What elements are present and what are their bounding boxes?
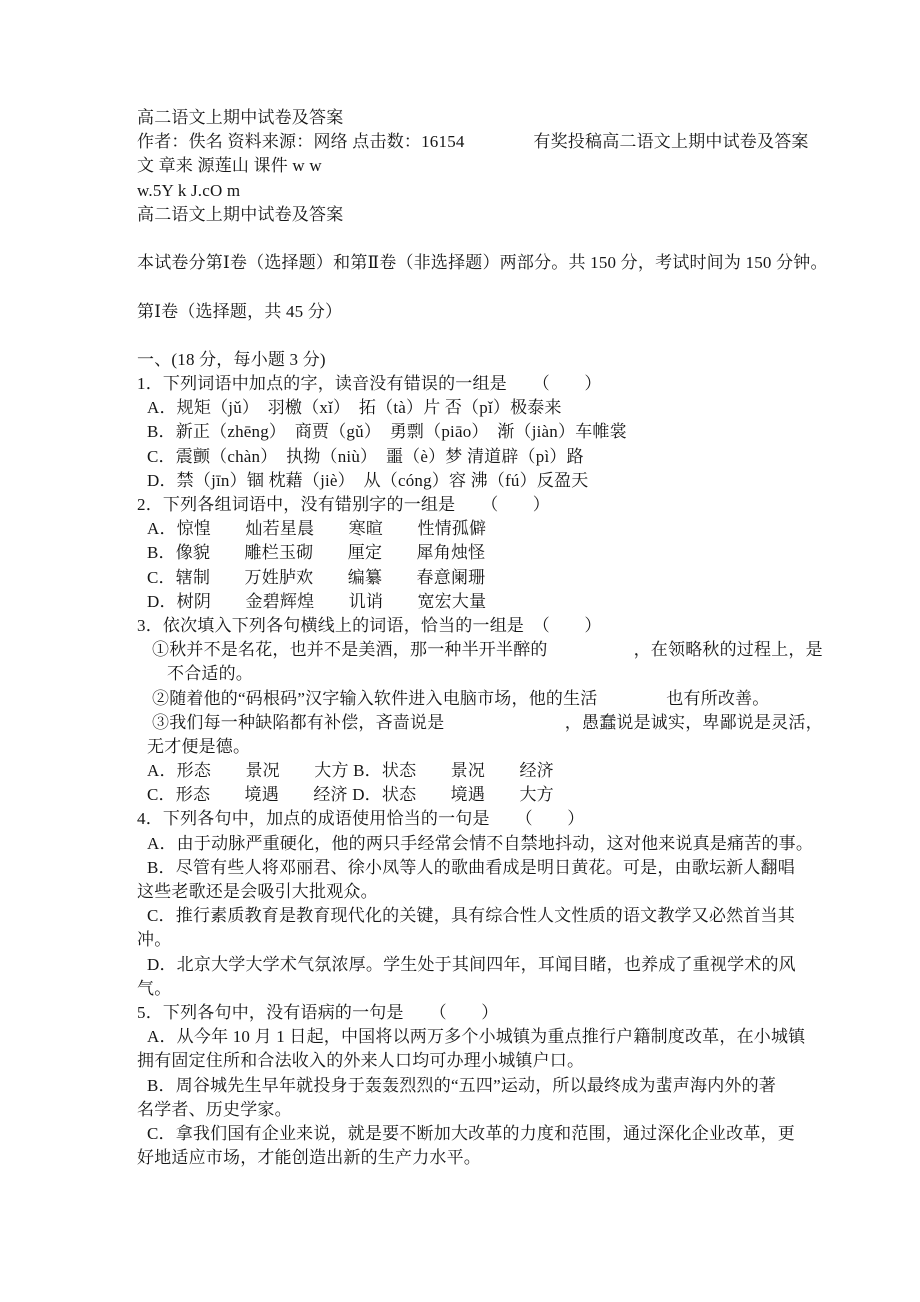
text-line: A．形态 景况 大方 B．状态 景况 经济 — [137, 759, 905, 783]
text-line: A．惊惶 灿若星晨 寒暄 性情孤僻 — [137, 517, 905, 541]
text-line: 这些老歌还是会吸引大批观众。 — [137, 880, 905, 904]
document-page: 高二语文上期中试卷及答案作者：佚名 资料来源：网络 点击数：16154 有奖投稿… — [0, 0, 920, 1302]
text-line: D．禁（jīn）锢 枕藉（jiè） 从（cóng）容 沸（fú）反盈天 — [137, 469, 905, 493]
text-line — [137, 227, 905, 251]
text-line: 2．下列各组词语中，没有错别字的一组是 （ ） — [137, 493, 905, 517]
text-line: 高二语文上期中试卷及答案 — [137, 106, 905, 130]
text-line: ①秋并不是名花，也并不是美酒，那一种半开半醉的 ，在领略秋的过程上，是 — [137, 638, 905, 662]
text-line: A．规矩（jǔ） 羽檄（xǐ） 拓（tà）片 否（pǐ）极泰来 — [137, 396, 905, 420]
text-line: 本试卷分第Ⅰ卷（选择题）和第Ⅱ卷（非选择题）两部分。共 150 分，考试时间为 … — [137, 251, 905, 275]
text-line: 第Ⅰ卷（选择题，共 45 分） — [137, 300, 905, 324]
text-line: 好地适应市场，才能创造出新的生产力水平。 — [137, 1146, 905, 1170]
text-line: 5．下列各句中，没有语病的一句是 （ ） — [137, 1001, 905, 1025]
text-line: B．新正（zhēng） 商贾（gǔ） 勇剽（piāo） 渐（jiàn）车帷裳 — [137, 420, 905, 444]
text-line: A．由于动脉严重硬化，他的两只手经常会情不自禁地抖动，这对他来说真是痛苦的事。 — [137, 832, 905, 856]
text-line: A．从今年 10 月 1 日起，中国将以两万多个小城镇为重点推行户籍制度改革，在… — [137, 1025, 905, 1049]
text-line: 不合适的。 — [137, 662, 905, 686]
text-line: 高二语文上期中试卷及答案 — [137, 203, 905, 227]
text-line: 作者：佚名 资料来源：网络 点击数：16154 有奖投稿高二语文上期中试卷及答案 — [137, 130, 905, 154]
text-line: 3．依次填入下列各句横线上的词语，恰当的一组是 （ ） — [137, 614, 905, 638]
text-line — [137, 324, 905, 348]
text-line: ②随着他的“码根码”汉字输入软件进入电脑市场，他的生活 也有所改善。 — [137, 687, 905, 711]
text-line: 一、(18 分，每小题 3 分) — [137, 348, 905, 372]
text-line: B．周谷城先生早年就投身于轰轰烈烈的“五四”运动，所以最终成为蜚声海内外的著 — [137, 1074, 905, 1098]
text-line: C．形态 境遇 经济 D．状态 境遇 大方 — [137, 783, 905, 807]
text-line: 1．下列词语中加点的字，读音没有错误的一组是 （ ） — [137, 372, 905, 396]
text-line: 无才便是德。 — [137, 735, 905, 759]
text-line: C．推行素质教育是教育现代化的关键，具有综合性人文性质的语文教学又必然首当其 — [137, 904, 905, 928]
text-line: C．震颤（chàn） 执拗（niù） 噩（è）梦 清道辟（pì）路 — [137, 445, 905, 469]
text-line: 名学者、历史学家。 — [137, 1098, 905, 1122]
text-line: D．北京大学大学术气氛浓厚。学生处于其间四年，耳闻目睹，也养成了重视学术的风 — [137, 953, 905, 977]
text-line: 4．下列各句中，加点的成语使用恰当的一句是 （ ） — [137, 807, 905, 831]
text-line: ③我们每一种缺陷都有补偿，吝啬说是 ，愚蠢说是诚实，卑鄙说是灵活， — [137, 711, 905, 735]
text-line: 冲。 — [137, 928, 905, 952]
text-line — [137, 275, 905, 299]
text-line: C．辖制 万姓胪欢 编纂 春意阑珊 — [137, 566, 905, 590]
text-line: 拥有固定住所和合法收入的外来人口均可办理小城镇户口。 — [137, 1049, 905, 1073]
text-line: D．树阴 金碧辉煌 讥诮 宽宏大量 — [137, 590, 905, 614]
text-line: 气。 — [137, 977, 905, 1001]
document-body: 高二语文上期中试卷及答案作者：佚名 资料来源：网络 点击数：16154 有奖投稿… — [137, 106, 905, 1170]
text-line: B．尽管有些人将邓丽君、徐小凤等人的歌曲看成是明日黄花。可是，由歌坛新人翻唱 — [137, 856, 905, 880]
text-line: 文 章来 源莲山 课件 w w — [137, 154, 905, 178]
text-line: C．拿我们国有企业来说，就是要不断加大改革的力度和范围，通过深化企业改革，更 — [137, 1122, 905, 1146]
text-line: w.5Y k J.cO m — [137, 179, 905, 203]
text-line: B．像貌 雕栏玉砌 厘定 犀角烛怪 — [137, 541, 905, 565]
